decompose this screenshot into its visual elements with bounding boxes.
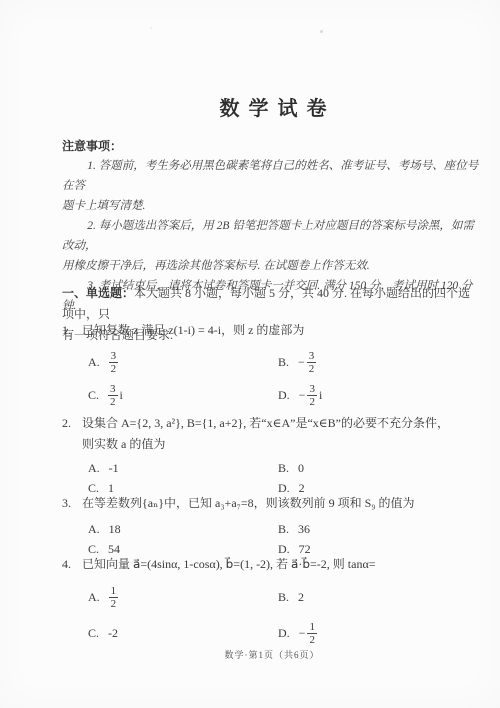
page-title: 数学试卷 (50, 92, 500, 121)
scan-artifact (150, 27, 152, 29)
option-label: D. (278, 542, 290, 557)
fraction-numerator: 1 (109, 585, 119, 597)
option-b: B. −32 (278, 347, 482, 377)
fraction-numerator: 1 (307, 621, 317, 633)
option-value: 0 (298, 461, 304, 476)
option-d: D. 72 (278, 539, 482, 559)
option-label: A. (88, 522, 100, 537)
option-label: C. (88, 542, 99, 557)
fraction: 12 (109, 585, 119, 610)
question-stem-text: 已知向量 a⃗=(4sinα, 1-cosα), b⃗=(1, -2), 若 a… (82, 557, 376, 572)
question-4: 4. 已知向量 a⃗=(4sinα, 1-cosα), b⃗=(1, -2), … (62, 557, 482, 650)
imaginary-unit: i (319, 388, 322, 403)
option-value: −12 (299, 621, 317, 646)
question-number: 3. (62, 496, 82, 511)
scan-artifact (320, 30, 323, 33)
option-a: A. 12 (88, 581, 278, 614)
notice-item-2: 2. 每小题选出答案后，用 2B 铅笔把答题卡上对应题目的答案标号涂黑，如需改动… (62, 216, 479, 276)
question-2: 2. 设集合 A={2, 3, a²}, B={1, a+2}, 若“x∈A”是… (62, 413, 482, 498)
option-a: A. 18 (88, 519, 278, 539)
question-1: 1. 已知复数 z 满足 z(1-i) = 4-i，则 z 的虚部为 A. 32… (62, 323, 482, 410)
fraction: 12 (307, 621, 317, 646)
option-label: D. (278, 388, 290, 403)
fraction: 32 (307, 350, 317, 375)
fraction: 32 (109, 350, 119, 375)
option-a: A. 32 (88, 347, 278, 377)
option-value: 32i (108, 383, 123, 408)
option-value: −32i (299, 383, 323, 408)
option-value: 1 (108, 481, 114, 496)
minus-sign: − (298, 355, 305, 370)
option-label: B. (278, 522, 289, 537)
option-d: D. 2 (278, 478, 482, 498)
option-value: 2 (298, 590, 304, 605)
fraction-numerator: 3 (307, 350, 317, 362)
option-value: -2 (108, 626, 118, 641)
notice-heading: 注意事项： (62, 136, 479, 156)
option-label: B. (278, 355, 289, 370)
option-value: −32 (298, 350, 316, 375)
option-value: 18 (109, 522, 121, 537)
option-label: C. (88, 626, 99, 641)
option-a: A. -1 (88, 458, 278, 478)
question-stem-text: 设集合 A={2, 3, a²}, B={1, a+2}, 若“x∈A”是“x∈… (82, 413, 449, 455)
minus-sign: − (299, 388, 306, 403)
fraction: 32 (108, 383, 118, 408)
fraction-denominator: 2 (108, 395, 118, 408)
option-value: 32 (109, 350, 119, 375)
option-d: D. −12 (278, 617, 482, 650)
question-number: 2. (62, 413, 82, 455)
fraction-numerator: 3 (109, 350, 119, 362)
question-stem-text: 已知复数 z 满足 z(1-i) = 4-i，则 z 的虚部为 (82, 323, 304, 338)
fraction-numerator: 3 (307, 383, 317, 395)
question-3-options: A. 18 B. 36 C. 54 D. 72 (62, 519, 482, 559)
fraction-denominator: 2 (109, 597, 119, 610)
option-c: C. 32i (88, 380, 278, 410)
option-value: 12 (109, 585, 119, 610)
question-number: 4. (62, 557, 82, 572)
fraction-numerator: 3 (108, 383, 118, 395)
question-4-stem: 4. 已知向量 a⃗=(4sinα, 1-cosα), b⃗=(1, -2), … (62, 557, 482, 572)
minus-sign: − (299, 626, 306, 641)
option-label: A. (88, 461, 100, 476)
option-value: 2 (299, 481, 305, 496)
option-label: D. (278, 626, 290, 641)
imaginary-unit: i (120, 388, 123, 403)
question-1-options: A. 32 B. −32 C. 32i D. −32i (62, 347, 482, 410)
fraction-denominator: 2 (307, 362, 317, 375)
option-value: 72 (299, 542, 311, 557)
option-c: C. -2 (88, 617, 278, 650)
fraction-denominator: 2 (109, 362, 119, 375)
option-label: C. (88, 481, 99, 496)
option-b: B. 0 (278, 458, 482, 478)
option-label: A. (88, 590, 100, 605)
question-2-stem: 2. 设集合 A={2, 3, a²}, B={1, a+2}, 若“x∈A”是… (62, 413, 482, 455)
exam-paper-page: 数学试卷 注意事项： 1. 答题前，考生务必用黑色碳素笔将自己的姓名、准考证号、… (0, 0, 500, 708)
option-label: A. (88, 355, 100, 370)
option-value: 54 (108, 542, 120, 557)
fraction-denominator: 2 (307, 633, 317, 646)
option-label: B. (278, 461, 289, 476)
question-1-stem: 1. 已知复数 z 满足 z(1-i) = 4-i，则 z 的虚部为 (62, 323, 482, 338)
question-4-options: A. 12 B. 2 C. -2 D. −12 (62, 581, 482, 650)
question-stem-text: 在等差数列{aₙ}中，已知 a₃+a₇=8，则该数列前 9 项和 S₉ 的值为 (82, 496, 414, 511)
option-b: B. 2 (278, 581, 482, 614)
fraction: 32 (307, 383, 317, 408)
option-value: 36 (298, 522, 310, 537)
notice-item-1: 1. 答题前，考生务必用黑色碳素笔将自己的姓名、准考证号、考场号、座位号在答 题… (62, 156, 479, 216)
option-label: B. (278, 590, 289, 605)
question-number: 1. (62, 323, 82, 338)
question-2-options: A. -1 B. 0 C. 1 D. 2 (62, 458, 482, 498)
option-label: C. (88, 388, 99, 403)
question-3: 3. 在等差数列{aₙ}中，已知 a₃+a₇=8，则该数列前 9 项和 S₉ 的… (62, 496, 482, 559)
option-c: C. 1 (88, 478, 278, 498)
option-d: D. −32i (278, 380, 482, 410)
question-3-stem: 3. 在等差数列{aₙ}中，已知 a₃+a₇=8，则该数列前 9 项和 S₉ 的… (62, 496, 482, 511)
option-b: B. 36 (278, 519, 482, 539)
section-label: 一、单选题： (62, 286, 134, 300)
option-value: -1 (109, 461, 119, 476)
option-c: C. 54 (88, 539, 278, 559)
page-footer: 数学·第1页（共6页） (62, 648, 482, 661)
fraction-denominator: 2 (307, 395, 317, 408)
option-label: D. (278, 481, 290, 496)
